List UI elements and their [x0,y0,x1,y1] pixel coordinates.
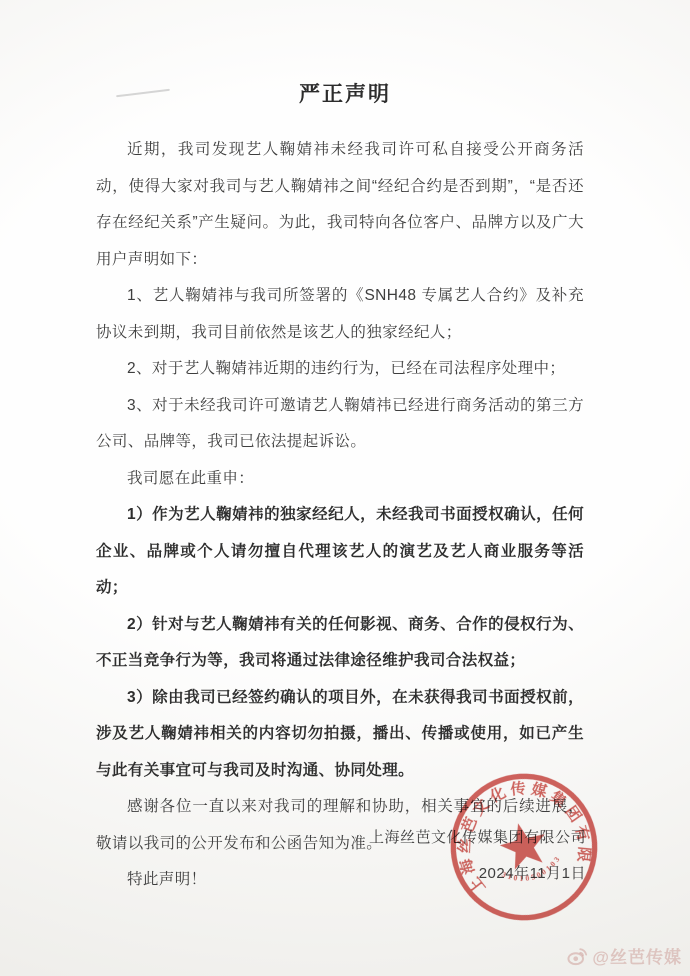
seal-star-icon [496,818,551,872]
watermark-text: @丝芭传媒 [592,943,682,968]
statement-paragraph: 3、对于未经我司许可邀请艺人鞠婧祎已经进行商务活动的第三方公司、品牌等，我司已依… [96,388,584,461]
statement-paragraph: 近期，我司发现艺人鞠婧祎未经我司许可私自接受公开商务活动，使得大家对我司与艺人鞠… [96,132,584,278]
weibo-watermark: @丝芭传媒 [567,943,682,968]
statement-paragraph: 2）针对与艺人鞠婧祎有关的任何影视、商务、合作的侵权行为、不正当竞争行为等，我司… [96,607,584,680]
statement-paragraph: 1）作为艺人鞠婧祎的独家经纪人，未经我司书面授权确认，任何企业、品牌或个人请勿擅… [96,497,584,607]
statement-paragraph: 1、艺人鞠婧祎与我司所签署的《SNH48 专属艺人合约》及补充协议未到期，我司目… [96,278,584,351]
svg-text:31010500103: 31010500103 [498,854,565,890]
statement-document-page: 严正声明 近期，我司发现艺人鞠婧祎未经我司许可私自接受公开商务活动，使得大家对我… [0,0,690,976]
weibo-logo-icon [567,946,589,966]
statement-paragraph: 我司愿在此重申： [96,461,584,498]
statement-paragraph: 2、对于艺人鞠婧祎近期的违约行为，已经在司法程序处理中； [96,351,584,388]
seal-number: 31010500103 [498,854,565,890]
document-title: 严正声明 [0,78,690,108]
